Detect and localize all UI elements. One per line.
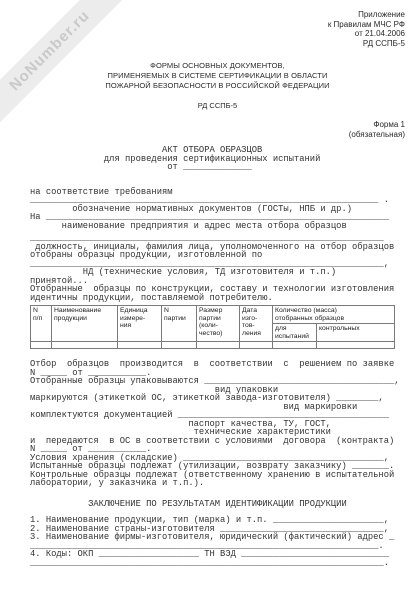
table-subheader-cell: для испытаний	[273, 324, 317, 342]
table-cell	[162, 342, 197, 349]
doc-line: лаборатории, у заказчика и т.п.).	[30, 479, 405, 488]
table-cell	[197, 342, 240, 349]
body-section-2: Отбор образцов производится в соответств…	[30, 360, 405, 488]
title-line: ПРИМЕНЯЕМЫХ В СИСТЕМЕ СЕРТИФИКАЦИИ В ОБЛ…	[30, 71, 405, 81]
annex-line: Приложение	[30, 10, 405, 20]
fill-line: ________________________________________…	[30, 559, 405, 568]
table-header-cell: N п/п	[31, 306, 52, 342]
document-content: Приложение к Правилам МЧС РФ от 21.04.20…	[0, 0, 420, 567]
doc-line: идентичны продукции, поставляемой потреб…	[30, 294, 405, 303]
conclusion-heading: ЗАКЛЮЧЕНИЕ ПО РЕЗУЛЬТАТАМ ИДЕНТИФИКАЦИИ …	[30, 500, 405, 509]
table-cell	[31, 342, 52, 349]
table-cell	[273, 342, 317, 349]
table-cell	[52, 342, 118, 349]
table-group-header-cell: Количество (масса) отобранных образцов	[273, 306, 395, 324]
table-subheader-cell: контрольных	[317, 324, 395, 342]
form-label: Форма 1	[30, 120, 405, 130]
form-note: (обязательная)	[30, 130, 405, 140]
annex-block: Приложение к Правилам МЧС РФ от 21.04.20…	[30, 10, 405, 48]
form-label-block: Форма 1 (обязательная)	[30, 120, 405, 139]
annex-line: от 21.04.2006	[30, 29, 405, 39]
title-line: ФОРМЫ ОСНОВНЫХ ДОКУМЕНТОВ,	[30, 61, 405, 71]
doc-line: от _____________	[30, 163, 405, 172]
table-cell	[317, 342, 395, 349]
annex-line: к Правилам МЧС РФ	[30, 20, 405, 30]
doc-line: ЗАКЛЮЧЕНИЕ ПО РЕЗУЛЬТАТАМ ИДЕНТИФИКАЦИИ …	[30, 500, 405, 509]
samples-table: N п/п Наименование продукции Единица изм…	[30, 305, 395, 349]
table-header-cell: Размер партии (коли- чество)	[197, 306, 240, 342]
document-title: ФОРМЫ ОСНОВНЫХ ДОКУМЕНТОВ, ПРИМЕНЯЕМЫХ В…	[30, 61, 405, 91]
table-header-cell: Дата изго- тов- ления	[240, 306, 273, 342]
act-heading: АКТ ОТБОРА ОБРАЗЦОВ для проведения серти…	[30, 146, 405, 172]
annex-line: РД ССПБ-5	[30, 39, 405, 49]
doc-code: РД ССПБ-5	[30, 101, 405, 111]
conclusion-section: 1. Наименование продукции, тип (марка) и…	[30, 516, 405, 567]
body-section-1: на соответствие требованиям ____________…	[30, 188, 405, 303]
table-header-cell: Единица измере- ния	[118, 306, 162, 342]
title-line: ПОЖАРНОЙ БЕЗОПАСНОСТИ В РОССИЙСКОЙ ФЕДЕР…	[30, 81, 405, 91]
table-header-cell: Наименование продукции	[52, 306, 118, 342]
table-cell	[240, 342, 273, 349]
table-cell	[118, 342, 162, 349]
document-page: NoNumber.ru Приложение к Правилам МЧС РФ…	[0, 0, 420, 600]
doc-line: наименование предприятия и адрес места о…	[30, 222, 405, 231]
table-header-cell: N партии	[162, 306, 197, 342]
